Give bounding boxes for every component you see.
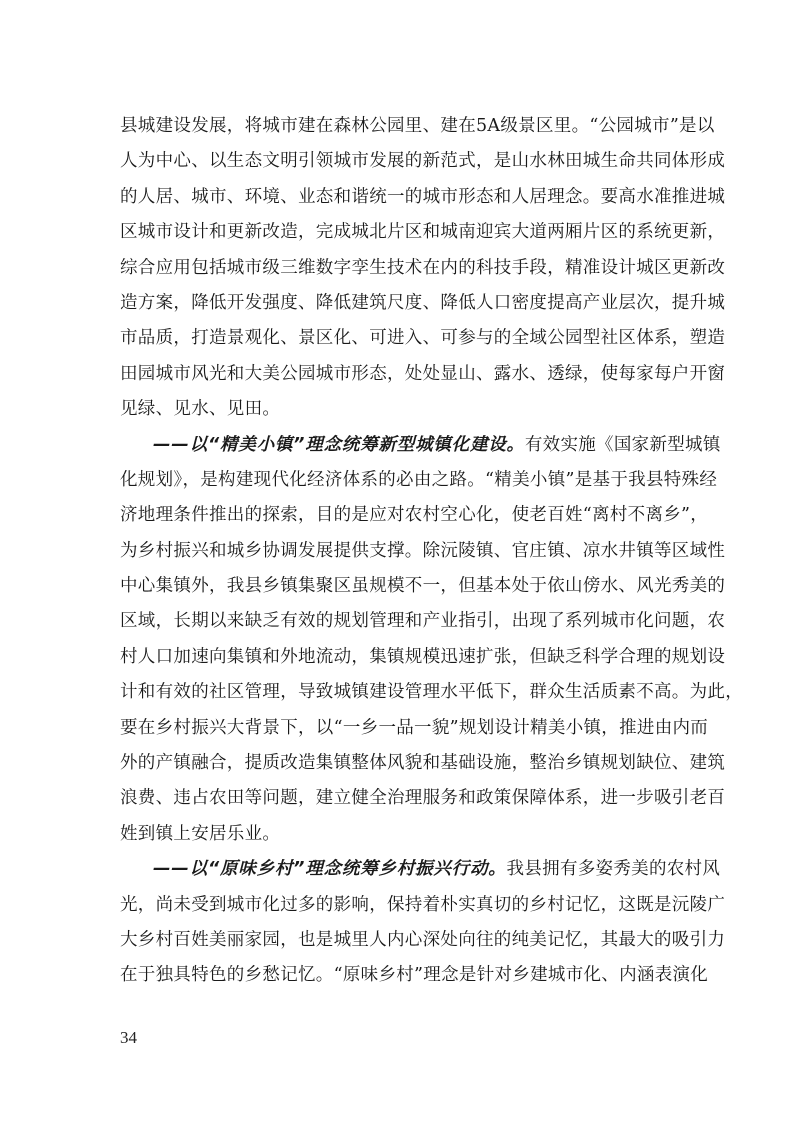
paragraph-park-city: 县城建设发展，将城市建在森林公园里、建在5A级景区里。“公园城市”是以 人为中心… (120, 114, 696, 433)
document-page: 县城建设发展，将城市建在森林公园里、建在5A级景区里。“公园城市”是以 人为中心… (0, 0, 793, 1122)
text-line: 计和有效的社区管理，导致城镇建设管理水平低下，群众生活质素不高。为此， (120, 680, 696, 715)
text-line: 化规划》，是构建现代化经济体系的必由之路。“精美小镇”是基于我县特殊经 (120, 468, 696, 503)
paragraph-fine-town: ——以“精美小镇”理念统筹新型城镇化建设。有效实施《国家新型城镇 化规划》，是构… (120, 433, 696, 858)
text-line: 区域，长期以来缺乏有效的规划管理和产业指引，出现了系列城市化问题，农 (120, 609, 696, 644)
paragraph-original-village: ——以“原味乡村”理念统筹乡村振兴行动。我县拥有多姿秀美的农村风 光，尚未受到城… (120, 857, 696, 999)
text-line: 综合应用包括城市级三维数字孪生技术在内的科技手段，精准设计城区更新改 (120, 256, 696, 291)
text-line: 济地理条件推出的探索，目的是应对农村空心化，使老百姓“离村不离乡”， (120, 503, 696, 538)
text-line: 中心集镇外，我县乡镇集聚区虽规模不一，但基本处于依山傍水、风光秀美的 (120, 574, 696, 609)
text-line: 大乡村百姓美丽家园，也是城里人内心深处向往的纯美记忆，其最大的吸引力 (120, 928, 696, 963)
text-line: 在于独具特色的乡愁记忆。“原味乡村”理念是针对乡建城市化、内涵表演化 (120, 963, 696, 998)
text-line: 的人居、城市、环境、业态和谐统一的城市形态和人居理念。要高水准推进城 (120, 185, 696, 220)
text-line: 田园城市风光和大美公园城市形态，处处显山、露水、透绿，使每家每户开窗 (120, 362, 696, 397)
text-line: 姓到镇上安居乐业。 (120, 822, 696, 857)
text-line: 区城市设计和更新改造，完成城北片区和城南迎宾大道两厢片区的系统更新， (120, 220, 696, 255)
text-line: 要在乡村振兴大背景下，以“一乡一品一貌”规划设计精美小镇，推进由内而 (120, 716, 696, 751)
text-line: 见绿、见水、见田。 (120, 397, 696, 432)
text-line: 为乡村振兴和城乡协调发展提供支撑。除沅陵镇、官庄镇、凉水井镇等区域性 (120, 539, 696, 574)
text-line: 人为中心、以生态文明引领城市发展的新范式，是山水林田城生命共同体形成 (120, 149, 696, 184)
section-heading: ——以“精美小镇”理念统筹新型城镇化建设。 (153, 435, 525, 455)
text-line: ——以“精美小镇”理念统筹新型城镇化建设。有效实施《国家新型城镇 (120, 433, 696, 468)
text-line: 光，尚未受到城市化过多的影响，保持着朴实真切的乡村记忆，这既是沅陵广 (120, 893, 696, 928)
page-number: 34 (120, 1028, 137, 1048)
text-line: 浪费、违占农田等问题，建立健全治理服务和政策保障体系，进一步吸引老百 (120, 786, 696, 821)
text-line: 造方案，降低开发强度、降低建筑尺度、降低人口密度提高产业层次，提升城 (120, 291, 696, 326)
text-line: 村人口加速向集镇和外地流动，集镇规模迅速扩张，但缺乏科学合理的规划设 (120, 645, 696, 680)
section-heading: ——以“原味乡村”理念统筹乡村振兴行动。 (153, 859, 507, 879)
body-text: 县城建设发展，将城市建在森林公园里、建在5A级景区里。“公园城市”是以 人为中心… (120, 114, 696, 999)
text-line: 市品质，打造景观化、景区化、可进入、可参与的全域公园型社区体系，塑造 (120, 326, 696, 361)
heading-continuation: 我县拥有多姿秀美的农村风 (507, 859, 721, 879)
heading-continuation: 有效实施《国家新型城镇 (525, 435, 721, 455)
text-line: 外的产镇融合，提质改造集镇整体风貌和基础设施，整治乡镇规划缺位、建筑 (120, 751, 696, 786)
text-line: 县城建设发展，将城市建在森林公园里、建在5A级景区里。“公园城市”是以 (120, 114, 696, 149)
text-line: ——以“原味乡村”理念统筹乡村振兴行动。我县拥有多姿秀美的农村风 (120, 857, 696, 892)
